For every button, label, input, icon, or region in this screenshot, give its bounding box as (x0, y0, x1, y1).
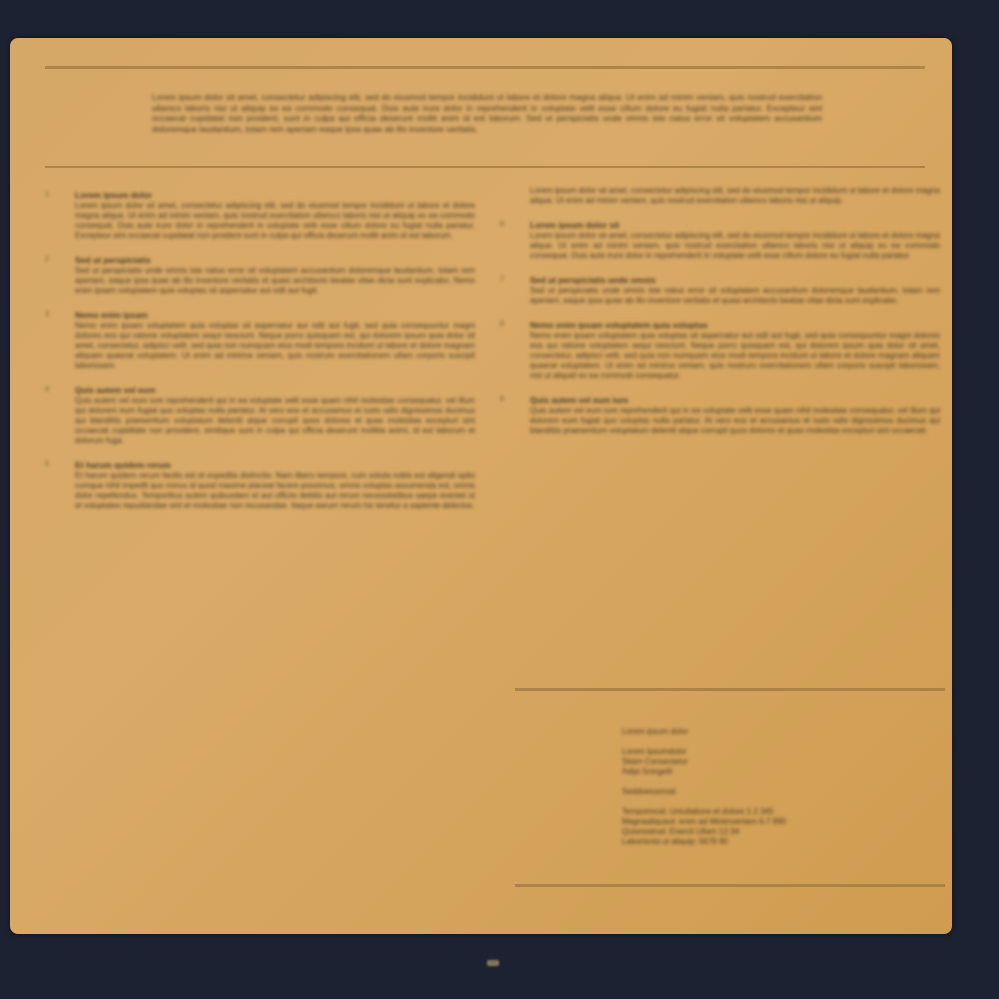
section-title: Quis autem vel eum (75, 385, 475, 395)
credit-name: Lorem Ipsumdolor (622, 747, 786, 757)
credit-line: Laborisnisi ut aliquip: 5678 90 (622, 837, 786, 847)
notes-section: 7Sed ut perspiciatis unde omnisSed ut pe… (530, 275, 940, 306)
section-body: Sed ut perspiciatis unde omnis iste natu… (530, 286, 940, 306)
notes-section: 4Quis autem vel eumQuis autem vel eum iu… (75, 385, 475, 446)
section-body: Et harum quidem rerum facilis est et exp… (75, 471, 475, 511)
section-body: Quis autem vel eum iure reprehenderit qu… (530, 406, 940, 436)
section-title: Sed ut perspiciatis (75, 255, 475, 265)
section-body: Quis autem vel eum iure reprehenderit qu… (75, 396, 475, 446)
section-title: Et harum quidem rerum (75, 460, 475, 470)
section-title: Quis autem vel eum iure (530, 395, 940, 405)
section-title: Nemo enim ipsam (75, 310, 475, 320)
section-body: Lorem ipsum dolor sit amet, consectetur … (530, 186, 940, 206)
credits-bottom-rule (515, 884, 945, 887)
credits-heading: Lorem ipsum dolor (622, 727, 786, 737)
notes-section: 2Sed ut perspiciatisSed ut perspiciatis … (75, 255, 475, 296)
section-body: Nemo enim ipsam voluptatem quia voluptas… (75, 321, 475, 371)
section-title: Sed ut perspiciatis unde omnis (530, 275, 940, 285)
left-column: 1Lorem ipsum dolorLorem ipsum dolor sit … (75, 190, 475, 525)
notes-section: 6Lorem ipsum dolor sitLorem ipsum dolor … (530, 220, 940, 261)
section-marker: 7 (500, 275, 504, 285)
intro-bottom-rule (45, 166, 925, 168)
section-marker: 9 (500, 395, 504, 405)
section-marker: 3 (45, 310, 49, 320)
credits-top-rule (515, 688, 945, 691)
section-body: Lorem ipsum dolor sit amet, consectetur … (530, 231, 940, 261)
section-body: Lorem ipsum dolor sit amet, consectetur … (75, 201, 475, 241)
section-title: Nemo enim ipsam voluptatem quia voluptas (530, 320, 940, 330)
credits-subheading: Seddoeiusmod (622, 787, 786, 797)
top-rule (45, 66, 925, 69)
page-number: — (487, 960, 499, 966)
section-marker: 6 (500, 220, 504, 230)
credit-line: Temporincid: Untutlabore et dolore 1-2 3… (622, 807, 786, 817)
credit-line: Magnaaliquaut: enim ad Minimveniam 6-7 8… (622, 817, 786, 827)
section-marker: 1 (45, 190, 49, 200)
notes-section: 3Nemo enim ipsamNemo enim ipsam voluptat… (75, 310, 475, 371)
notes-section: 9Quis autem vel eum iureQuis autem vel e… (530, 395, 940, 436)
notes-section: Lorem ipsum dolor sit amet, consectetur … (530, 186, 940, 206)
notes-section: 5Et harum quidem rerumEt harum quidem re… (75, 460, 475, 511)
section-marker: 2 (45, 255, 49, 265)
credits-block: Lorem ipsum dolor Lorem Ipsumdolor Sitam… (622, 727, 786, 847)
notes-section: 8Nemo enim ipsam voluptatem quia volupta… (530, 320, 940, 381)
intro-paragraph: Lorem ipsum dolor sit amet, consectetur … (152, 92, 822, 134)
credit-name: Adipi Scingelit (622, 767, 786, 777)
credit-name: Sitam Consectetur (622, 757, 786, 767)
section-marker: 8 (500, 320, 504, 330)
right-column: Lorem ipsum dolor sit amet, consectetur … (530, 185, 940, 450)
section-title: Lorem ipsum dolor sit (530, 220, 940, 230)
section-body: Nemo enim ipsam voluptatem quia voluptas… (530, 331, 940, 381)
section-body: Sed ut perspiciatis unde omnis iste natu… (75, 266, 475, 296)
credit-line: Quisnostrud: Exercit Ullam 12-34 (622, 827, 786, 837)
section-marker: 4 (45, 385, 49, 395)
notes-section: 1Lorem ipsum dolorLorem ipsum dolor sit … (75, 190, 475, 241)
section-marker: 5 (45, 460, 49, 470)
section-title: Lorem ipsum dolor (75, 190, 475, 200)
